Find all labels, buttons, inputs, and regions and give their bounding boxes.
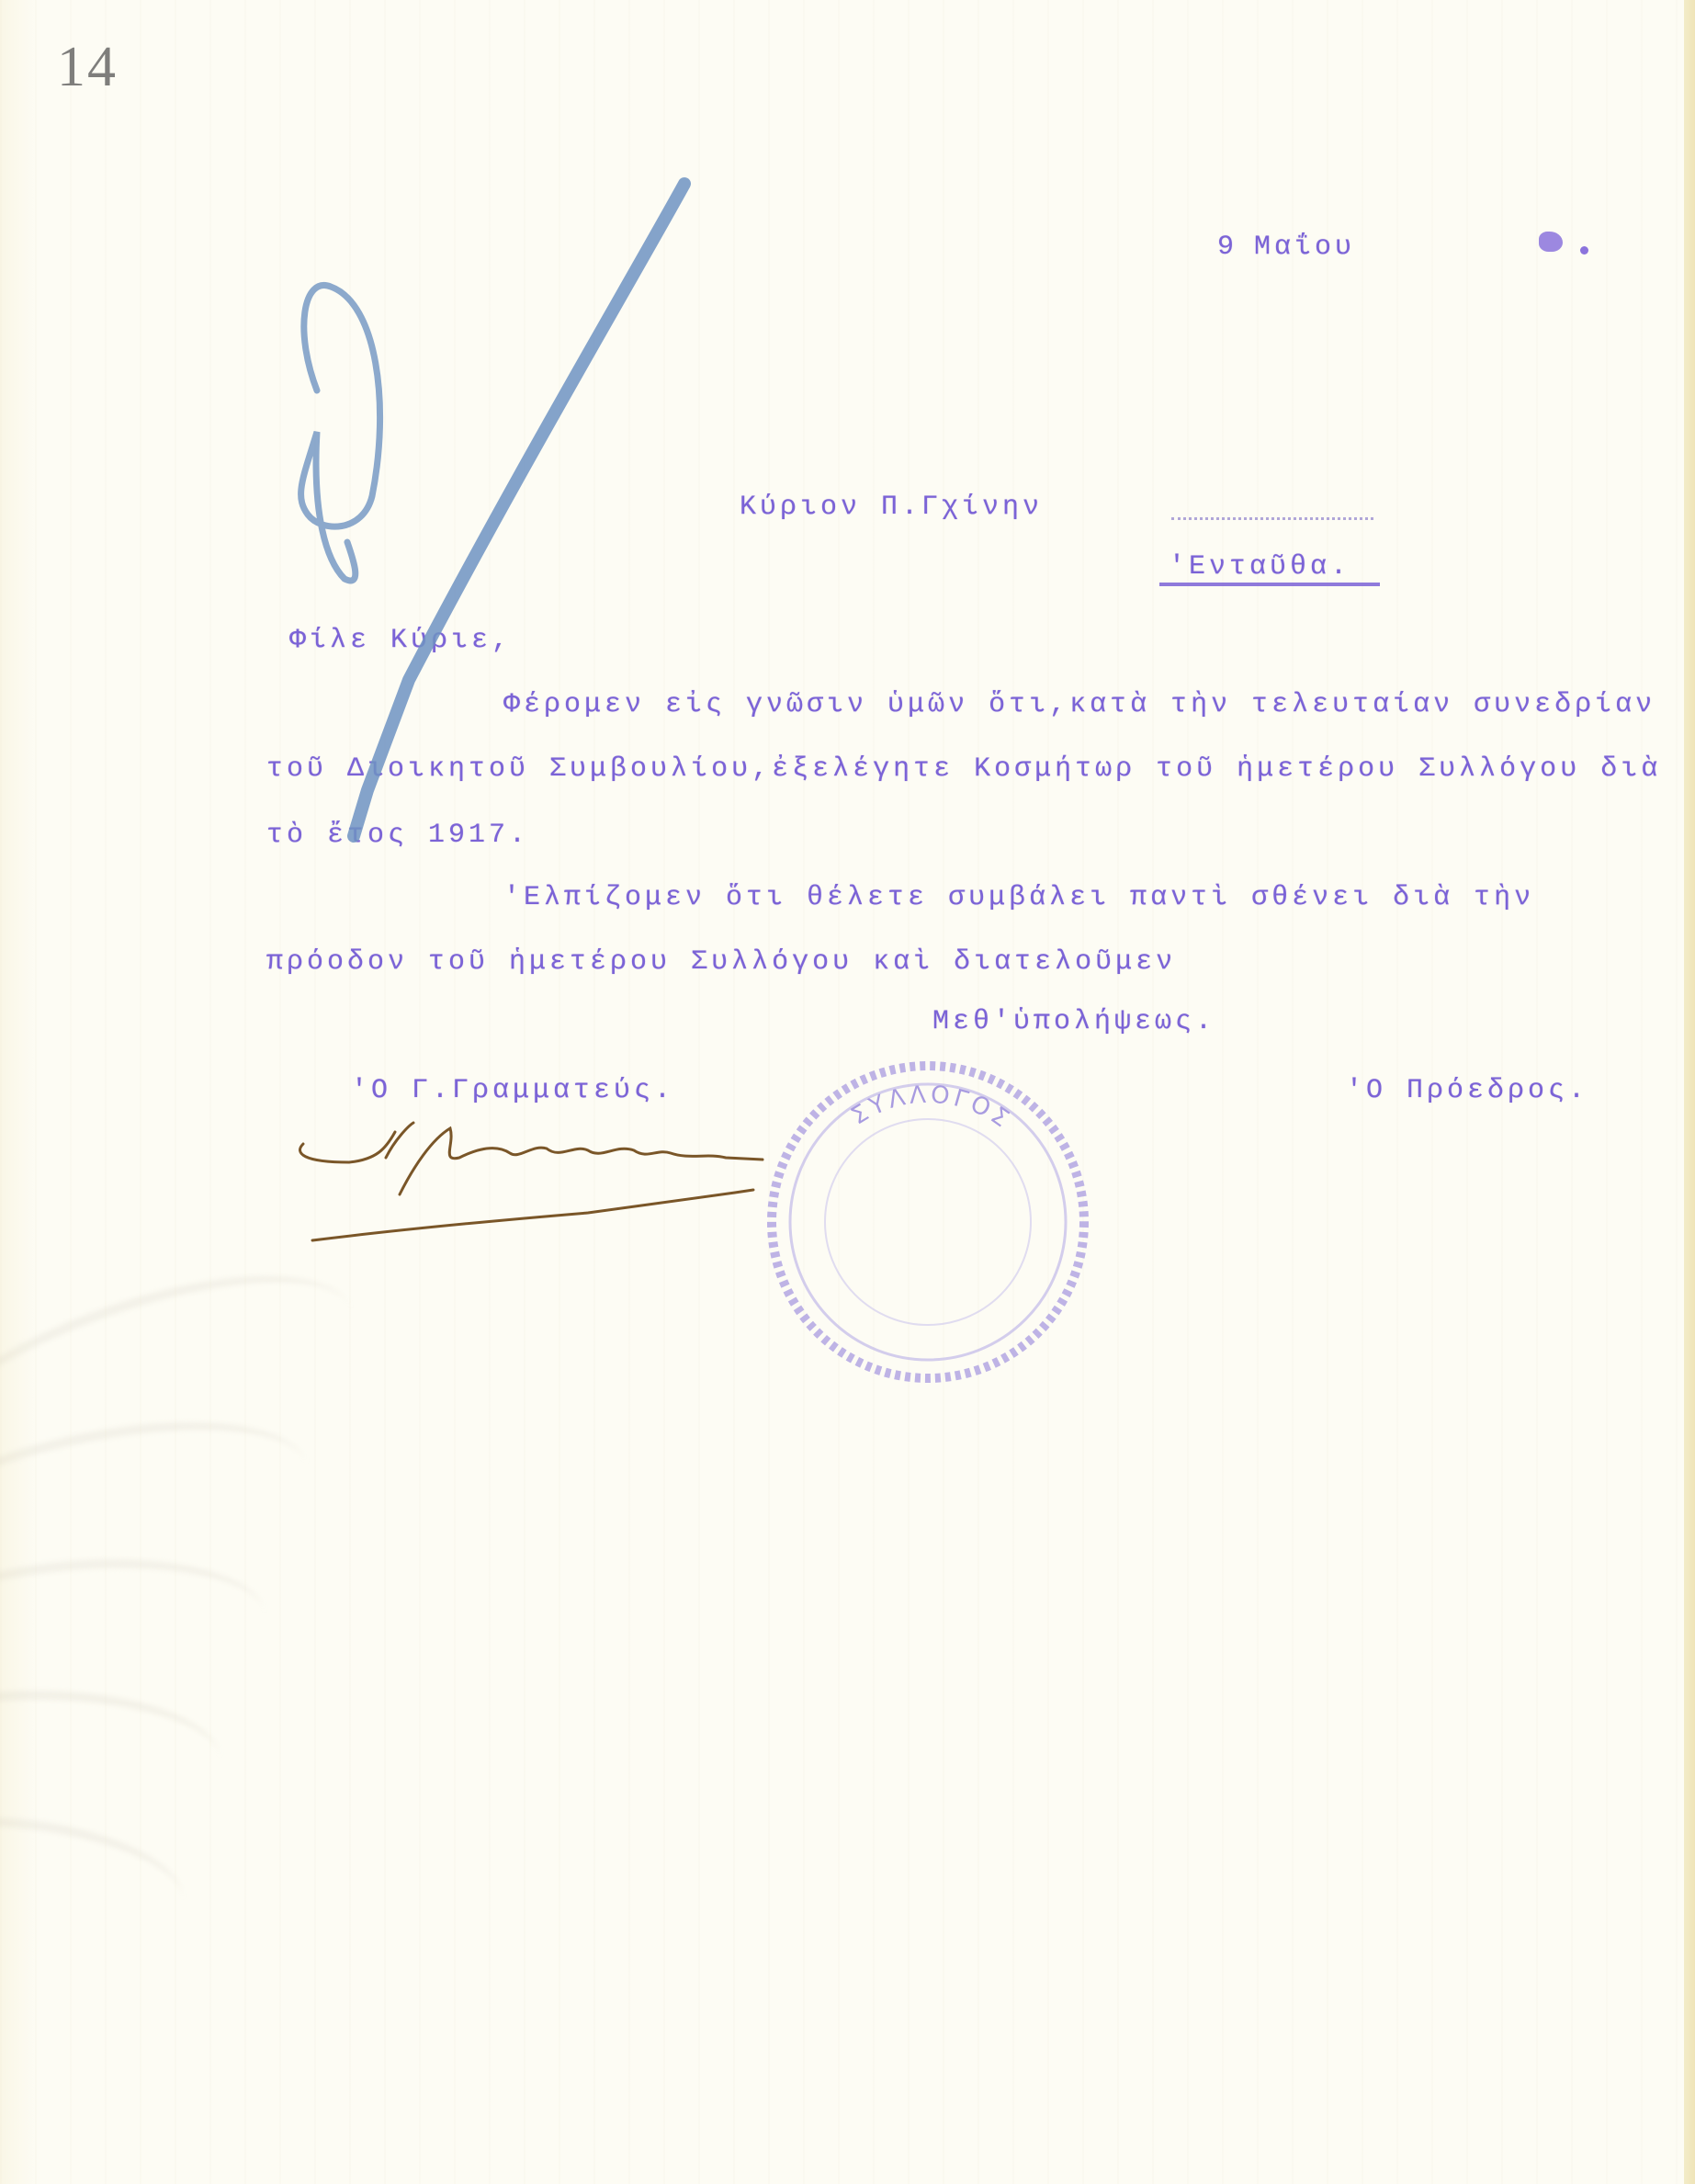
blue-pencil-check-icon (301, 184, 684, 836)
handwriting-overlay: ΣΥΛΛΟΓΟΣ (0, 0, 1695, 2184)
stamp-text: ΣΥΛΛΟΓΟΣ (846, 1081, 1016, 1136)
association-stamp: ΣΥΛΛΟΓΟΣ (772, 1066, 1084, 1378)
secretary-signature (300, 1123, 763, 1240)
